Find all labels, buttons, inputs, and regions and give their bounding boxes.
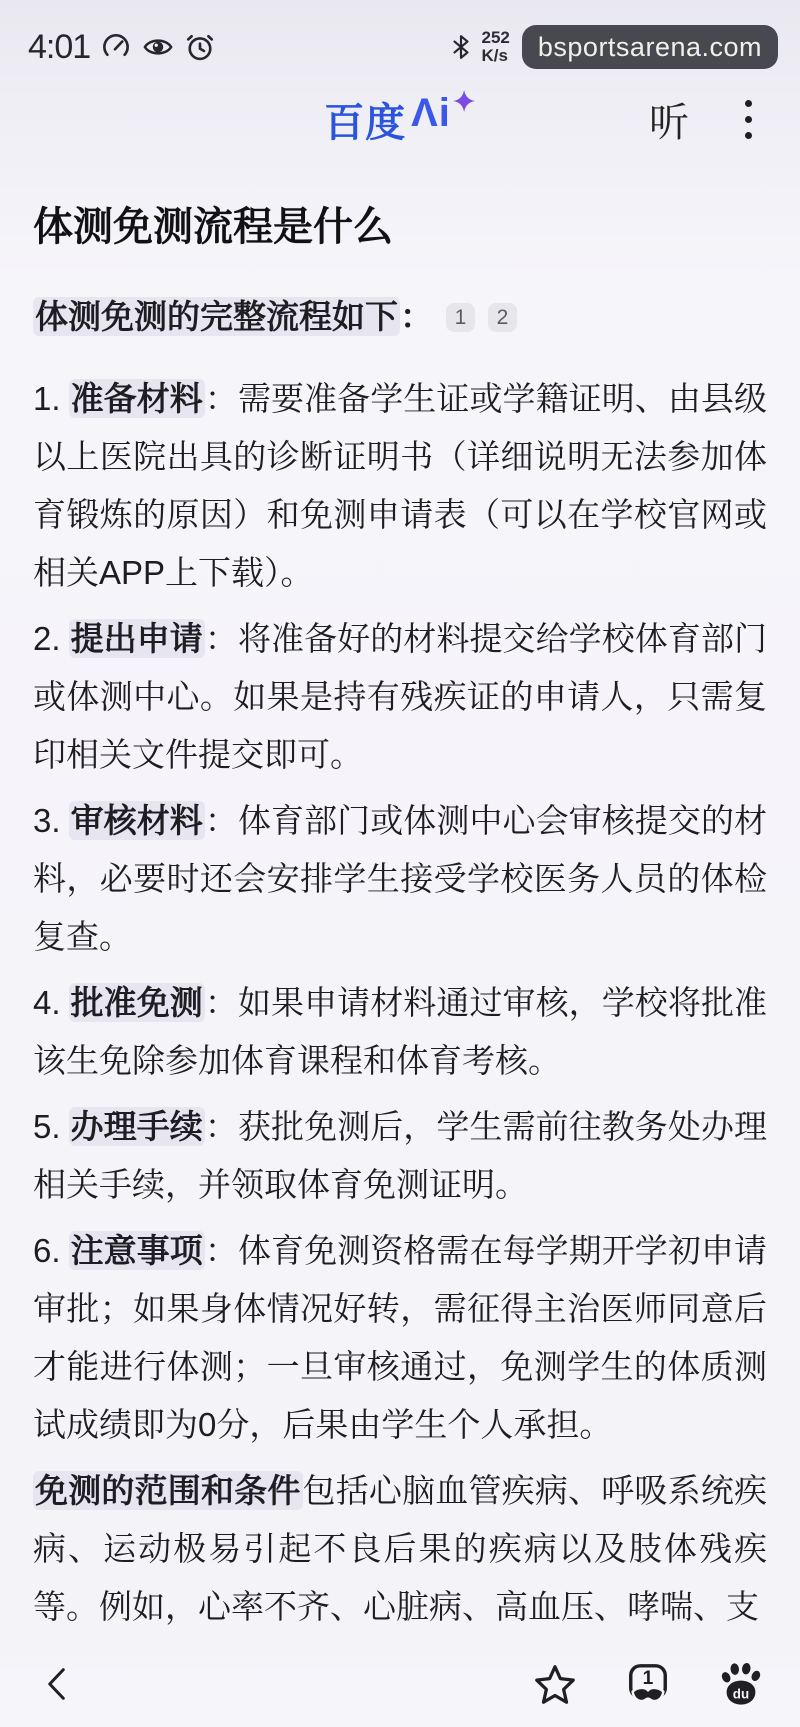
favorite-star-icon[interactable]: [532, 1661, 578, 1707]
logo-baidu-text: 百度: [324, 91, 406, 148]
step-term: 注意事项: [69, 1231, 205, 1270]
app-header: 百度 Λi 听: [0, 80, 800, 158]
bluetooth-icon: [448, 30, 474, 64]
step-term: 准备材料: [69, 379, 205, 418]
step-6: 6.注意事项：体育免测资格需在每学期开学初申请审批；如果身体情况好转，需征得主治…: [33, 1222, 767, 1454]
gauge-icon: [101, 32, 131, 62]
clock-time: 4:01: [28, 28, 90, 67]
citation-badge-1[interactable]: 1: [446, 303, 475, 332]
sparkle-icon: [452, 89, 476, 118]
intro-colon: ：: [400, 298, 433, 335]
baidu-ai-logo: 百度 Λi: [324, 91, 476, 148]
step-term: 批准免测: [69, 983, 205, 1022]
step-number: 2.: [33, 620, 69, 657]
step-number: 5.: [33, 1108, 69, 1145]
step-number: 6.: [33, 1232, 69, 1269]
intro-line: 体测免测的完整流程如下：12: [33, 288, 767, 346]
phone-screen: 4:01: [0, 0, 800, 1727]
citation-badge-2[interactable]: 2: [488, 303, 517, 332]
page-title: 体测免测流程是什么: [33, 202, 767, 252]
article: 体测免测流程是什么 体测免测的完整流程如下：12 1.准备材料：需要准备学生证或…: [0, 202, 800, 1636]
alarm-icon: [185, 32, 215, 62]
step-2: 2.提出申请：将准备好的材料提交给学校体育部门或体测中心。如果是持有残疾证的申请…: [33, 610, 767, 784]
bottom-bar: 1 du: [0, 1647, 800, 1727]
logo-ai-text: Λi: [411, 91, 451, 136]
back-button[interactable]: [40, 1659, 76, 1709]
listen-button[interactable]: 听: [649, 91, 689, 148]
network-speed: 252 K/s: [482, 29, 510, 65]
scope-term: 免测的范围和条件: [33, 1471, 303, 1510]
step-term: 办理手续: [69, 1107, 205, 1146]
step-5: 5.办理手续：获批免测后，学生需前往教务处办理相关手续，并领取体育免测证明。: [33, 1098, 767, 1214]
tabs-icon[interactable]: 1: [625, 1661, 671, 1707]
status-bar: 4:01: [0, 0, 800, 80]
step-3: 3.审核材料：体育部门或体测中心会审核提交的材料，必要时还会安排学生接受学校医务…: [33, 792, 767, 966]
scope-paragraph: 免测的范围和条件包括心脑血管疾病、呼吸系统疾病、运动极易引起不良后果的疾病以及肢…: [33, 1462, 767, 1636]
watermark-badge: bsportsarena.com: [522, 25, 778, 69]
eye-icon: [142, 32, 174, 62]
step-1: 1.准备材料：需要准备学生证或学籍证明、由县级以上医院出具的诊断证明书（详细说明…: [33, 370, 767, 602]
tab-count: 1: [643, 1668, 654, 1689]
kebab-menu-icon[interactable]: [741, 96, 756, 143]
step-number: 1.: [33, 380, 69, 417]
step-term: 审核材料: [69, 801, 205, 840]
baidu-paw-icon[interactable]: du: [718, 1661, 764, 1707]
step-number: 3.: [33, 802, 69, 839]
paw-du-label: du: [733, 1686, 749, 1701]
step-4: 4.批准免测：如果申请材料通过审核，学校将批准该生免除参加体育课程和体育考核。: [33, 974, 767, 1090]
intro-highlight: 体测免测的完整流程如下: [33, 297, 400, 336]
step-term: 提出申请: [69, 619, 205, 658]
step-number: 4.: [33, 984, 69, 1021]
